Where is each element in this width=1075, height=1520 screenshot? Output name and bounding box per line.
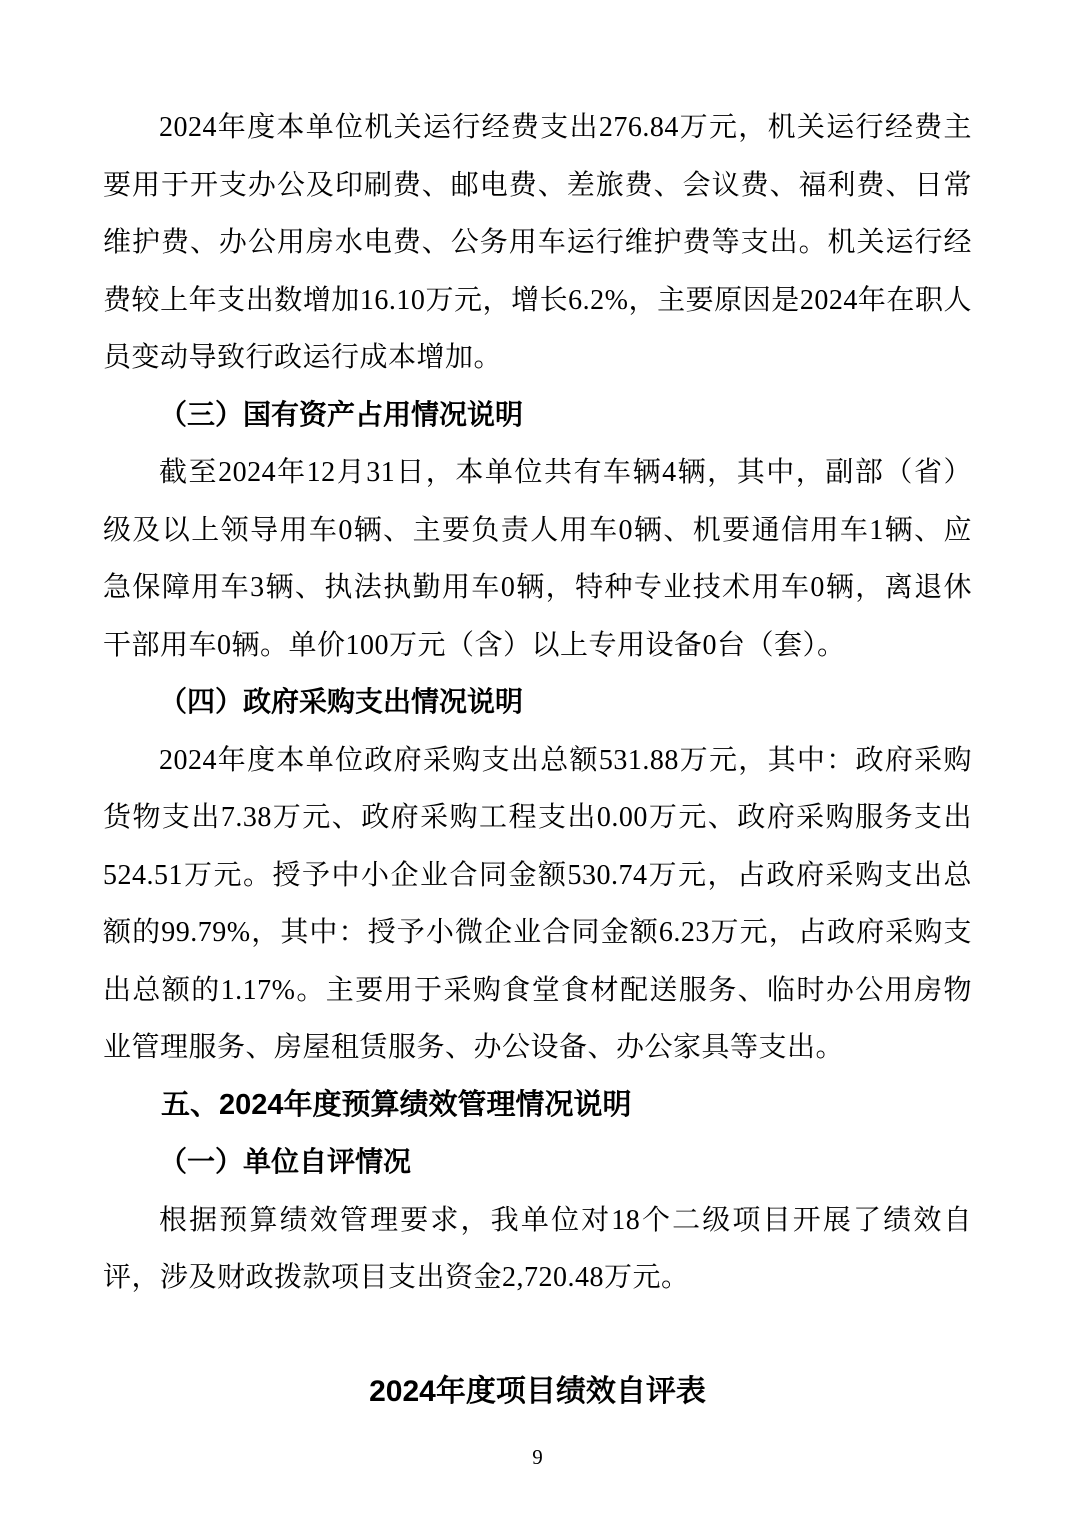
paragraph-agency-operating-expense: 2024年度本单位机关运行经费支出276.84万元，机关运行经费主要用于开支办公… [103,99,972,387]
table-title: 2024年度项目绩效自评表 [103,1363,972,1421]
heading-state-assets: （三）国有资产占用情况说明 [103,387,972,445]
page-number: 9 [0,1447,1075,1468]
paragraph-self-evaluation: 根据预算绩效管理要求，我单位对18个二级项目开展了绩效自评，涉及财政拨款项目支出… [103,1192,972,1307]
heading-self-evaluation: （一）单位自评情况 [103,1134,972,1192]
paragraph-state-assets: 截至2024年12月31日，本单位共有车辆4辆，其中，副部（省）级及以上领导用车… [103,444,972,674]
document-page: 2024年度本单位机关运行经费支出276.84万元，机关运行经费主要用于开支办公… [0,0,1075,1520]
heading-section-five: 五、2024年度预算绩效管理情况说明 [103,1077,972,1135]
paragraph-gov-procurement: 2024年度本单位政府采购支出总额531.88万元，其中：政府采购货物支出7.3… [103,732,972,1077]
heading-gov-procurement: （四）政府采购支出情况说明 [103,674,972,732]
document-content: 2024年度本单位机关运行经费支出276.84万元，机关运行经费主要用于开支办公… [103,0,972,1421]
